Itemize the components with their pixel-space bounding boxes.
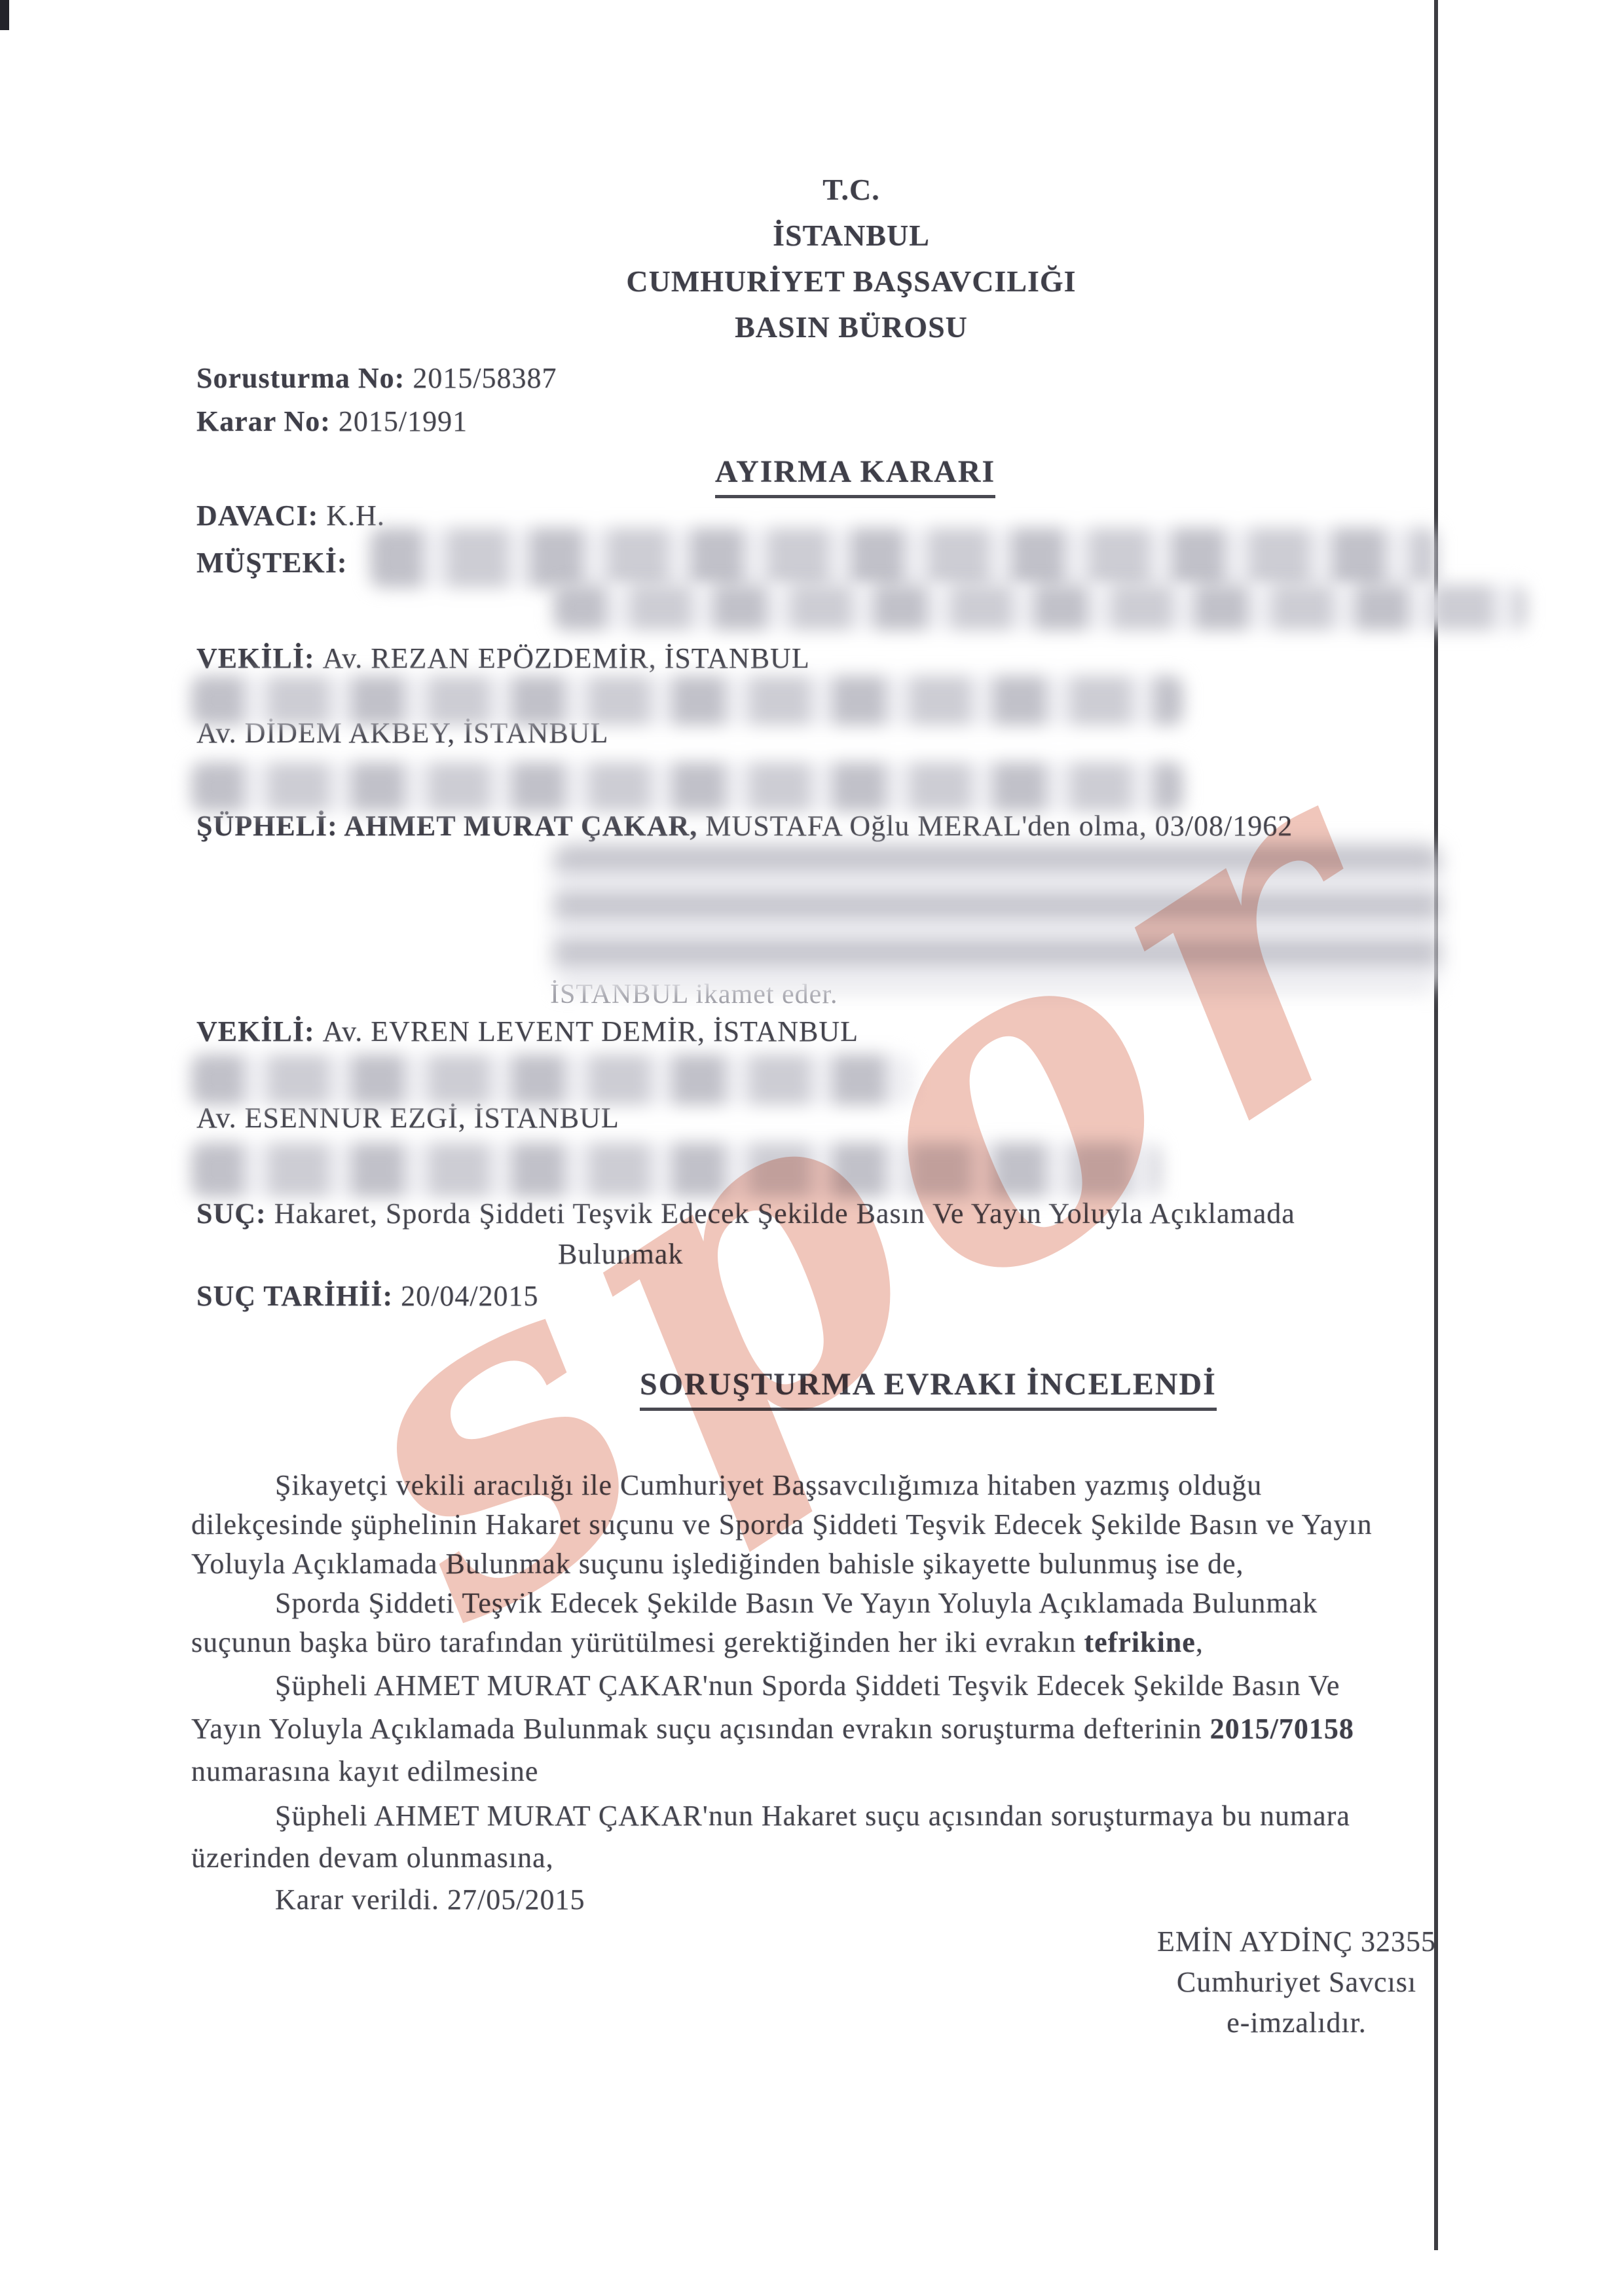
para2-line2-c: ,	[1196, 1626, 1204, 1658]
suc-label: SUÇ:	[196, 1197, 274, 1230]
para3-line2-bold: 2015/70158	[1210, 1713, 1354, 1745]
karar-no-value: 2015/1991	[339, 405, 468, 437]
letterhead-office: CUMHURİYET BAŞSAVCILIĞI	[524, 263, 1179, 299]
redacted-address-vekili1b	[191, 762, 1183, 812]
vekili2-line: VEKİLİ: Av. EVREN LEVENT DEMİR, İSTANBUL	[196, 1015, 858, 1049]
letterhead-city: İSTANBUL	[524, 217, 1179, 253]
para3-line1: Şüpheli AHMET MURAT ÇAKAR'nun Sporda Şid…	[275, 1669, 1340, 1704]
redacted-supheli-address	[553, 845, 1441, 990]
para4-line2: üzerinden devam olunmasına,	[191, 1841, 554, 1876]
suc-value-line2: Bulunmak	[558, 1237, 683, 1272]
section-title: SORUŞTURMA EVRAKI İNCELENDİ	[640, 1366, 1164, 1411]
vekili2-label: VEKİLİ:	[196, 1015, 323, 1048]
supheli-line: ŞÜPHELİ: AHMET MURAT ÇAKAR, MUSTAFA Oğlu…	[196, 809, 1293, 844]
vekili2b-value: Av. ESENNUR EZGİ, İSTANBUL	[196, 1102, 619, 1134]
supheli-label-name: ŞÜPHELİ: AHMET MURAT ÇAKAR,	[196, 810, 697, 842]
para1-line1: Şikayetçi vekili aracılığı ile Cumhuriye…	[275, 1468, 1262, 1503]
scanned-legal-document-page: { "doc": { "header": { "tc": "T.C.", "ci…	[0, 0, 1624, 2296]
decision-title-text: AYIRMA KARARI	[715, 453, 995, 498]
davaci-label: DAVACI:	[196, 500, 326, 532]
musteki-label: MÜŞTEKİ:	[196, 547, 347, 579]
redacted-address-vekili2b	[191, 1142, 1160, 1197]
sorusturma-no-value: 2015/58387	[413, 362, 557, 394]
para2-line2: suçunun başka büro tarafından yürütülmes…	[191, 1626, 1204, 1660]
signature-name: EMİN AYDİNÇ 32355	[1113, 1925, 1480, 1959]
redacted-musteki-row2	[553, 585, 1526, 630]
section-title-text: SORUŞTURMA EVRAKI İNCELENDİ	[640, 1366, 1217, 1411]
sorusturma-no-line: Sorusturma No: 2015/58387	[196, 361, 557, 396]
para2-line2-bold: tefrikine	[1084, 1626, 1196, 1658]
signature-title: Cumhuriyet Savcısı	[1113, 1965, 1480, 2000]
scan-corner-artifact	[0, 0, 9, 30]
suc-tarihi-value: 20/04/2015	[401, 1280, 538, 1312]
decision-title: AYIRMA KARARI	[659, 453, 1052, 498]
para4-line1: Şüpheli AHMET MURAT ÇAKAR'nun Hakaret su…	[275, 1799, 1350, 1834]
suc-tarihi-label: SUÇ TARİHİİ:	[196, 1280, 401, 1312]
karar-no-label: Karar No:	[196, 405, 339, 437]
suc-line: SUÇ: Hakaret, Sporda Şiddeti Teşvik Edec…	[196, 1197, 1295, 1231]
vekili1-line: VEKİLİ: Av. REZAN EPÖZDEMİR, İSTANBUL	[196, 642, 810, 676]
musteki-line: MÜŞTEKİ:	[196, 546, 347, 581]
para2-line2-a: suçunun başka büro tarafından yürütülmes…	[191, 1626, 1084, 1658]
supheli-rest: MUSTAFA Oğlu MERAL'den olma, 03/08/1962	[697, 810, 1293, 842]
scan-edge-vertical-line	[1434, 0, 1438, 2250]
decision-date-line: Karar verildi. 27/05/2015	[275, 1883, 585, 1918]
para1-line3: Yoluyla Açıklamada Bulunmak suçunu işled…	[191, 1547, 1244, 1582]
suc-value-line1: Hakaret, Sporda Şiddeti Teşvik Edecek Şe…	[274, 1197, 1295, 1230]
para1-line2: dilekçesinde şüphelinin Hakaret suçunu v…	[191, 1508, 1373, 1542]
davaci-line: DAVACI: K.H.	[196, 499, 385, 534]
vekili2-value: Av. EVREN LEVENT DEMİR, İSTANBUL	[323, 1015, 858, 1048]
para3-line2: Yayın Yoluyla Açıklamada Bulunmak suçu a…	[191, 1712, 1354, 1747]
para2-line1: Sporda Şiddeti Teşvik Edecek Şekilde Bas…	[275, 1586, 1318, 1621]
vekili2b-line: Av. ESENNUR EZGİ, İSTANBUL	[196, 1101, 619, 1136]
vekili1-label: VEKİLİ:	[196, 642, 323, 674]
davaci-value: K.H.	[326, 500, 385, 532]
karar-no-line: Karar No: 2015/1991	[196, 405, 468, 439]
vekili1-value: Av. REZAN EPÖZDEMİR, İSTANBUL	[323, 642, 810, 674]
para3-line2-a: Yayın Yoluyla Açıklamada Bulunmak suçu a…	[191, 1713, 1210, 1745]
redacted-musteki-row1	[370, 528, 1437, 588]
redacted-address-vekili1	[191, 676, 1183, 725]
redacted-address-vekili2	[191, 1054, 912, 1105]
para3-line3: numarasına kayıt edilmesine	[191, 1755, 538, 1789]
signature-esign: e-imzalıdır.	[1113, 2006, 1480, 2041]
letterhead-tc: T.C.	[524, 172, 1179, 208]
sorusturma-no-label: Sorusturma No:	[196, 362, 413, 394]
letterhead-bureau: BASIN BÜROSU	[524, 309, 1179, 345]
suc-tarihi-line: SUÇ TARİHİİ: 20/04/2015	[196, 1279, 539, 1314]
